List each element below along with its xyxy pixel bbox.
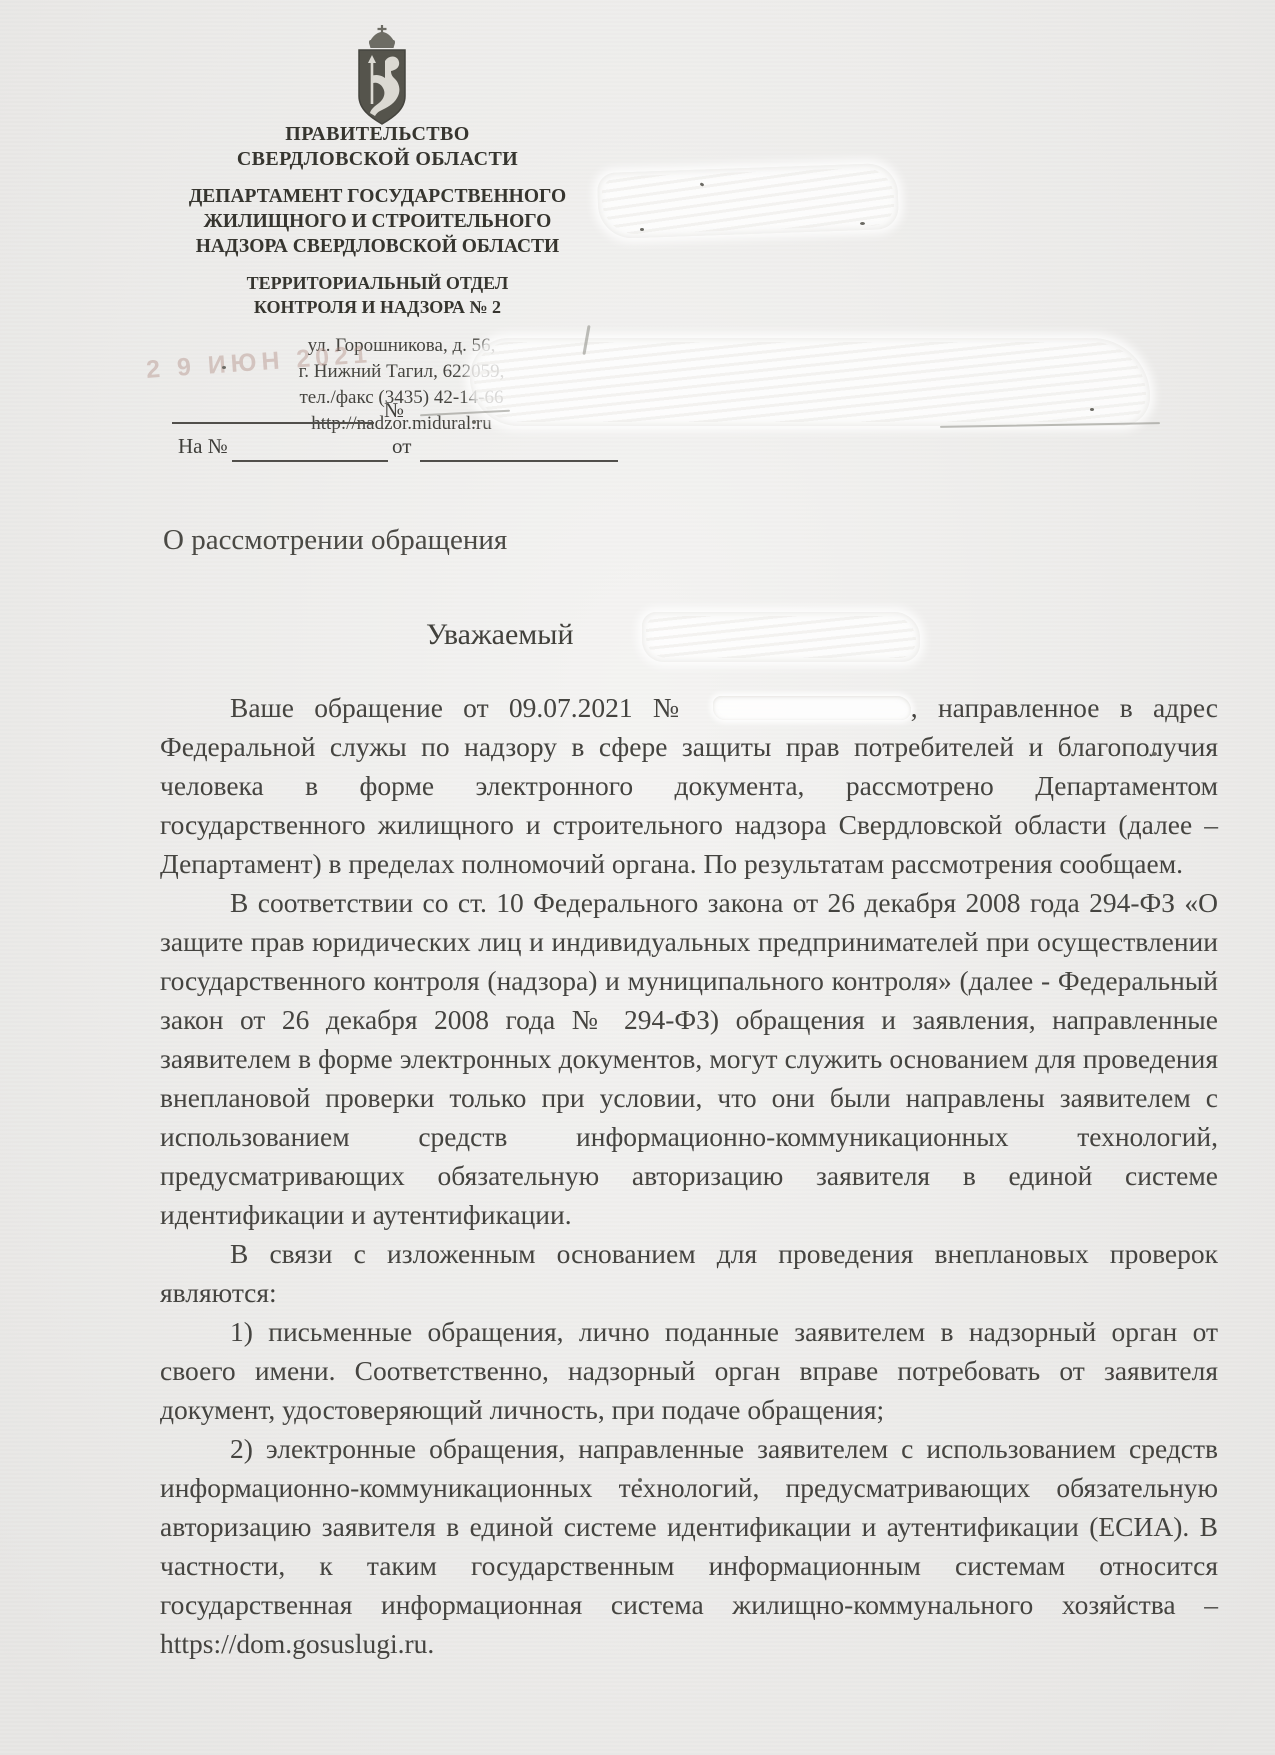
scan-speck [472, 420, 476, 424]
scan-speck [1152, 752, 1157, 756]
coat-of-arms-icon [332, 24, 432, 126]
reply-from-label: от [392, 434, 411, 459]
reply-number-line [232, 436, 388, 462]
scan-speck [640, 228, 644, 231]
government-name-line2: СВЕРДЛОВСКОЙ ОБЛАСТИ [95, 147, 660, 172]
redaction-outgoing-number [470, 338, 1150, 426]
scan-speck [860, 222, 865, 225]
division-name-line2: КОНТРОЛЯ И НАДЗОРА № 2 [95, 295, 660, 319]
reply-date-line [420, 436, 618, 462]
letter-body: Ваше обращение от 09.07.2021 № , направл… [160, 688, 1218, 1663]
scanned-letter-page: ПРАВИТЕЛЬСТВО СВЕРДЛОВСКОЙ ОБЛАСТИ ДЕПАР… [0, 0, 1275, 1755]
scan-speck [638, 1478, 642, 1482]
paragraph-4-item-1: 1) письменные обращения, лично поданные … [160, 1312, 1218, 1429]
government-name-line1: ПРАВИТЕЛЬСТВО [95, 122, 660, 147]
paragraph-5-item-2: 2) электронные обращения, направленные з… [160, 1429, 1218, 1663]
department-name-line3: НАДЗОРА СВЕРДЛОВСКОЙ ОБЛАСТИ [95, 234, 660, 259]
division-name-line1: ТЕРРИТОРИАЛЬНЫЙ ОТДЕЛ [95, 271, 660, 295]
scan-speck [222, 366, 226, 369]
scan-speck [1090, 408, 1094, 411]
redaction-addressee-name [642, 612, 920, 662]
outgoing-date-line [172, 398, 374, 424]
salutation: Уважаемый [426, 618, 574, 652]
subject-line: О рассмотрении обращения [163, 524, 507, 557]
department-name-line2: ЖИЛИЩНОГО И СТРОИТЕЛЬНОГО [95, 209, 660, 234]
paragraph-3: В связи с изложенным основанием для пров… [160, 1234, 1218, 1312]
paragraph-1-before-redaction: Ваше обращение от 09.07.2021 № [230, 692, 693, 723]
paragraph-2: В соответствии со ст. 10 Федерального за… [160, 883, 1218, 1234]
outgoing-number-sign: № [384, 398, 404, 423]
paragraph-1: Ваше обращение от 09.07.2021 № , направл… [160, 688, 1218, 883]
reply-number-prefix: На № [178, 434, 228, 459]
redaction-appeal-number [713, 696, 911, 720]
department-name-line1: ДЕПАРТАМЕНТ ГОСУДАРСТВЕННОГО [95, 184, 660, 209]
